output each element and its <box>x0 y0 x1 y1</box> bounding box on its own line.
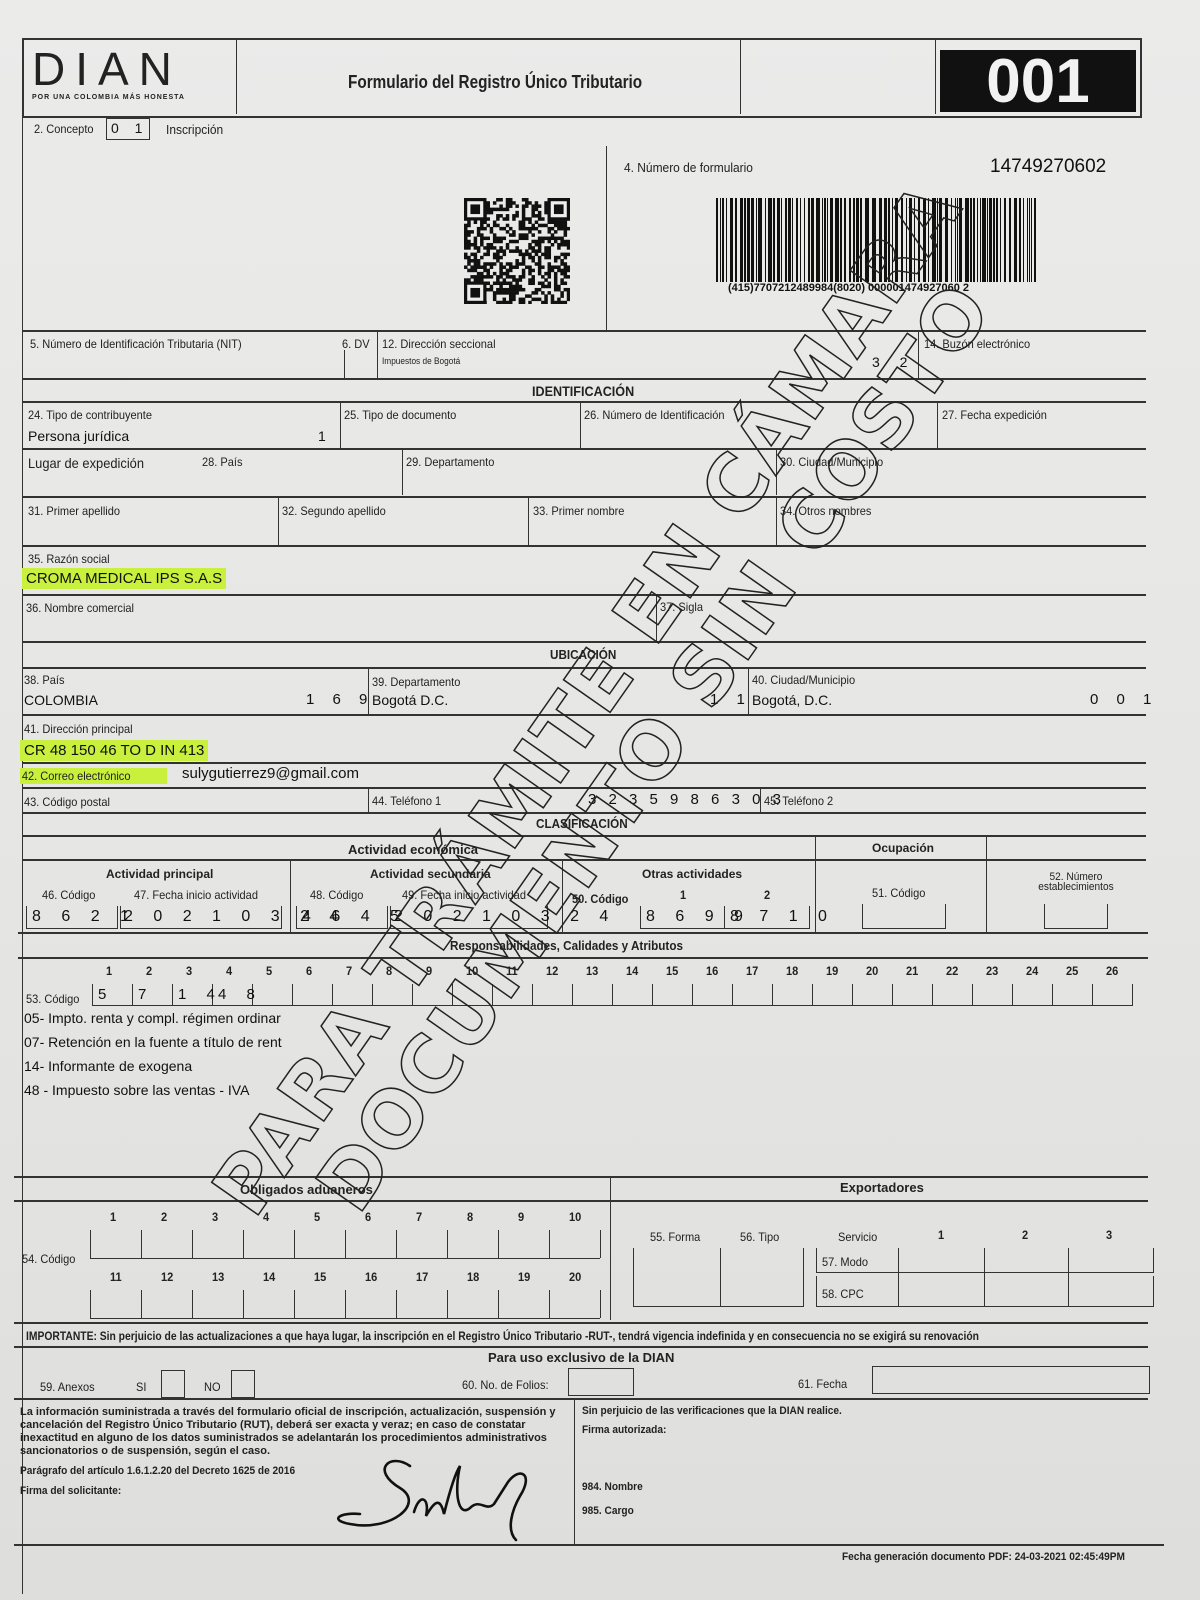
numero-formulario-label: 4. Número de formulario <box>624 160 753 175</box>
aduanero-col-label: 13 <box>212 1270 224 1284</box>
otras-actividades-heading: Otras actividades <box>642 867 742 881</box>
signature-icon <box>330 1452 560 1542</box>
cpc-label: 58. CPC <box>822 1287 864 1301</box>
responsabilidad-item: 14- Informante de exogena <box>24 1058 192 1074</box>
resp-code-value: 5 <box>98 986 114 1003</box>
aduanero-col-label: 14 <box>263 1270 275 1284</box>
responsabilidad-item: 05- Impto. renta y compl. régimen ordina… <box>24 1010 281 1026</box>
dian-logo: DIAN POR UNA COLOMBIA MÁS HONESTA <box>32 44 185 101</box>
servicio-col2: 2 <box>1022 1228 1028 1242</box>
folios-field[interactable] <box>568 1368 634 1396</box>
importante-notice: IMPORTANTE: Sin perjuicio de las actuali… <box>26 1329 979 1343</box>
tipo-documento-label: 25. Tipo de documento <box>344 408 456 422</box>
nombre-comercial-label: 36. Nombre comercial <box>26 601 134 615</box>
firma-solicitante-label: Firma del solicitante: <box>20 1485 121 1497</box>
resp-col-header: 4 <box>226 964 232 978</box>
aduanero-col-label: 18 <box>467 1270 479 1284</box>
anexos-si-label: SI <box>136 1380 146 1394</box>
resp-col-header: 3 <box>186 964 192 978</box>
aduanero-col-label: 5 <box>314 1210 320 1224</box>
otras-col2-label: 2 <box>764 888 770 902</box>
aduanero-col-label: 3 <box>212 1210 218 1224</box>
form-title: Formulario del Registro Único Tributario <box>348 72 642 93</box>
concepto-value: Inscripción <box>166 122 223 137</box>
pais-expedicion-label: 28. País <box>202 455 243 469</box>
logo-tagline: POR UNA COLOMBIA MÁS HONESTA <box>32 94 185 101</box>
aduanero-col-label: 20 <box>569 1270 581 1284</box>
modo-label: 57. Modo <box>822 1255 868 1269</box>
tipo-contribuyente-value: Persona jurídica <box>28 428 129 444</box>
tipo-field[interactable] <box>719 1248 804 1307</box>
establecimientos-field[interactable] <box>1044 904 1108 929</box>
telefono2-label: 45. Teléfono 2 <box>764 794 833 808</box>
tipo-contribuyente-label: 24. Tipo de contribuyente <box>28 408 152 422</box>
verificaciones-text: Sin perjuicio de las verificaciones que … <box>582 1405 842 1417</box>
firma-autorizada-label: Firma autorizada: <box>582 1424 666 1436</box>
numero-formulario-value: 14749270602 <box>990 156 1106 178</box>
rut-form-page: DIAN POR UNA COLOMBIA MÁS HONESTA Formul… <box>0 0 1200 1600</box>
correo-label: 42. Correo electrónico <box>20 768 167 784</box>
paragrafo-text: Parágrafo del artículo 1.6.1.2.20 del De… <box>20 1465 295 1477</box>
aduanero-col-label: 7 <box>416 1210 422 1224</box>
razon-social-value: CROMA MEDICAL IPS S.A.S <box>22 568 226 589</box>
nit-label: 5. Número de Identificación Tributaria (… <box>30 337 242 351</box>
resp-col-header: 6 <box>306 964 312 978</box>
resp-col-header: 16 <box>706 964 718 978</box>
establecimientos-label: 52. Número establecimientos <box>1030 872 1122 892</box>
responsabilidad-item: 07- Retención en la fuente a título de r… <box>24 1034 282 1050</box>
anexos-no-checkbox[interactable] <box>231 1370 255 1398</box>
resp-col-header: 5 <box>266 964 272 978</box>
aduanero-col-label: 2 <box>161 1210 167 1224</box>
resp-col-header: 17 <box>746 964 758 978</box>
pais-label: 38. País <box>24 673 65 687</box>
resp-col-header: 13 <box>586 964 598 978</box>
tipo-label: 56. Tipo <box>740 1230 779 1244</box>
uso-dian-heading: Para uso exclusivo de la DIAN <box>488 1350 674 1365</box>
qr-code-icon <box>464 198 570 304</box>
resp-col-header: 24 <box>1026 964 1038 978</box>
codigo-postal-label: 43. Código postal <box>24 795 110 809</box>
fecha61-label: 61. Fecha <box>798 1377 847 1391</box>
primer-nombre-label: 33. Primer nombre <box>533 504 624 518</box>
codigo48-label: 48. Código <box>310 888 363 902</box>
direccion-value: CR 48 150 46 TO D IN 413 <box>20 740 208 761</box>
telefono1-label: 44. Teléfono 1 <box>372 794 441 808</box>
aduanero-col-label: 17 <box>416 1270 428 1284</box>
servicio-label: Servicio <box>838 1230 877 1244</box>
logo-text: DIAN <box>32 44 185 94</box>
cargo985-label: 985. Cargo <box>582 1505 634 1517</box>
segundo-apellido-label: 32. Segundo apellido <box>282 504 386 518</box>
ciudad-label: 40. Ciudad/Municipio <box>752 673 855 687</box>
resp-col-header: 19 <box>826 964 838 978</box>
form-code-badge: 001 <box>940 50 1136 112</box>
folios-label: 60. No. de Folios: <box>462 1378 549 1392</box>
forma-field[interactable] <box>633 1248 721 1307</box>
resp-col-header: 20 <box>866 964 878 978</box>
otras-col1-label: 1 <box>680 888 686 902</box>
resp-col-header: 1 <box>106 964 112 978</box>
codigo54-label: 54. Código <box>22 1252 75 1266</box>
fecha-expedicion-label: 27. Fecha expedición <box>942 408 1047 422</box>
departamento-label: 39. Departamento <box>372 675 460 689</box>
fecha61-field[interactable] <box>872 1366 1150 1394</box>
pais-code: 1 6 9 <box>306 691 374 708</box>
correo-value: sulygutierrez9@gmail.com <box>182 765 359 782</box>
actividad-principal-heading: Actividad principal <box>106 867 213 881</box>
departamento-value: Bogotá D.C. <box>372 692 448 708</box>
aduanero-col-label: 9 <box>518 1210 524 1224</box>
anexos-no-label: NO <box>204 1380 221 1394</box>
aduanero-col-label: 8 <box>467 1210 473 1224</box>
codigo51-label: 51. Código <box>872 886 925 900</box>
resp-col-header: 2 <box>146 964 152 978</box>
seccional-value: Impuestos de Bogotá <box>382 356 460 366</box>
section-identificacion: IDENTIFICACIÓN <box>532 383 634 399</box>
resp-col-header: 15 <box>666 964 678 978</box>
generation-date: Fecha generación documento PDF: 24-03-20… <box>842 1551 1125 1563</box>
nombre984-label: 984. Nombre <box>582 1481 643 1493</box>
cpc-row <box>816 1276 1154 1307</box>
ciudad-code: 0 0 1 <box>1090 691 1158 708</box>
codigo46-label: 46. Código <box>42 888 95 902</box>
resp-code-value: 4 8 <box>218 986 263 1003</box>
aduanero-col-label: 11 <box>110 1270 122 1284</box>
ocupacion-heading: Ocupación <box>872 841 934 855</box>
dv-label: 6. DV <box>342 337 370 351</box>
servicio-col1: 1 <box>938 1228 944 1242</box>
numero-identificacion-label: 26. Número de Identificación <box>584 408 725 422</box>
tipo-contribuyente-code: 1 <box>318 428 326 444</box>
aduanero-col-label: 16 <box>365 1270 377 1284</box>
resp-col-header: 14 <box>626 964 638 978</box>
concepto-label: 2. Concepto <box>34 122 94 136</box>
section-exportadores: Exportadores <box>840 1180 924 1195</box>
pais-value: COLOMBIA <box>24 692 98 708</box>
resp-col-header: 22 <box>946 964 958 978</box>
resp-col-header: 18 <box>786 964 798 978</box>
resp-col-header: 21 <box>906 964 918 978</box>
resp-col-header: 26 <box>1106 964 1118 978</box>
anexos-si-checkbox[interactable] <box>161 1370 185 1398</box>
resp-col-header: 25 <box>1066 964 1078 978</box>
aduanero-col-label: 15 <box>314 1270 326 1284</box>
servicio-col3: 3 <box>1106 1228 1112 1242</box>
primer-apellido-label: 31. Primer apellido <box>28 504 120 518</box>
responsabilidad-item: 48 - Impuesto sobre las ventas - IVA <box>24 1082 249 1098</box>
departamento-expedicion-label: 29. Departamento <box>406 455 494 469</box>
codigo53-label: 53. Código <box>26 992 79 1006</box>
razon-social-label: 35. Razón social <box>28 552 110 566</box>
seccional-label: 12. Dirección seccional <box>382 337 496 351</box>
resp-code-value: 7 <box>138 986 154 1003</box>
forma-label: 55. Forma <box>650 1230 700 1244</box>
ciudad-value: Bogotá, D.C. <box>752 692 832 708</box>
aduanero-col-label: 12 <box>161 1270 173 1284</box>
aduanero-col-label: 10 <box>569 1210 581 1224</box>
direccion-label: 41. Dirección principal <box>24 722 133 736</box>
legal-text: La información suministrada a través del… <box>20 1406 568 1458</box>
fecha47-label: 47. Fecha inicio actividad <box>134 888 258 902</box>
otras2-value: 8 7 1 0 <box>730 908 835 926</box>
aduanero-col-label: 1 <box>110 1210 116 1224</box>
aduanero-col-label: 19 <box>518 1270 530 1284</box>
anexos-label: 59. Anexos <box>40 1380 95 1394</box>
codigo51-field[interactable] <box>862 904 946 929</box>
concepto-code: 0 1 <box>111 120 148 136</box>
resp-code-value: 1 4 <box>178 986 223 1003</box>
resp-col-header: 23 <box>986 964 998 978</box>
lugar-expedicion-label: Lugar de expedición <box>28 455 144 471</box>
